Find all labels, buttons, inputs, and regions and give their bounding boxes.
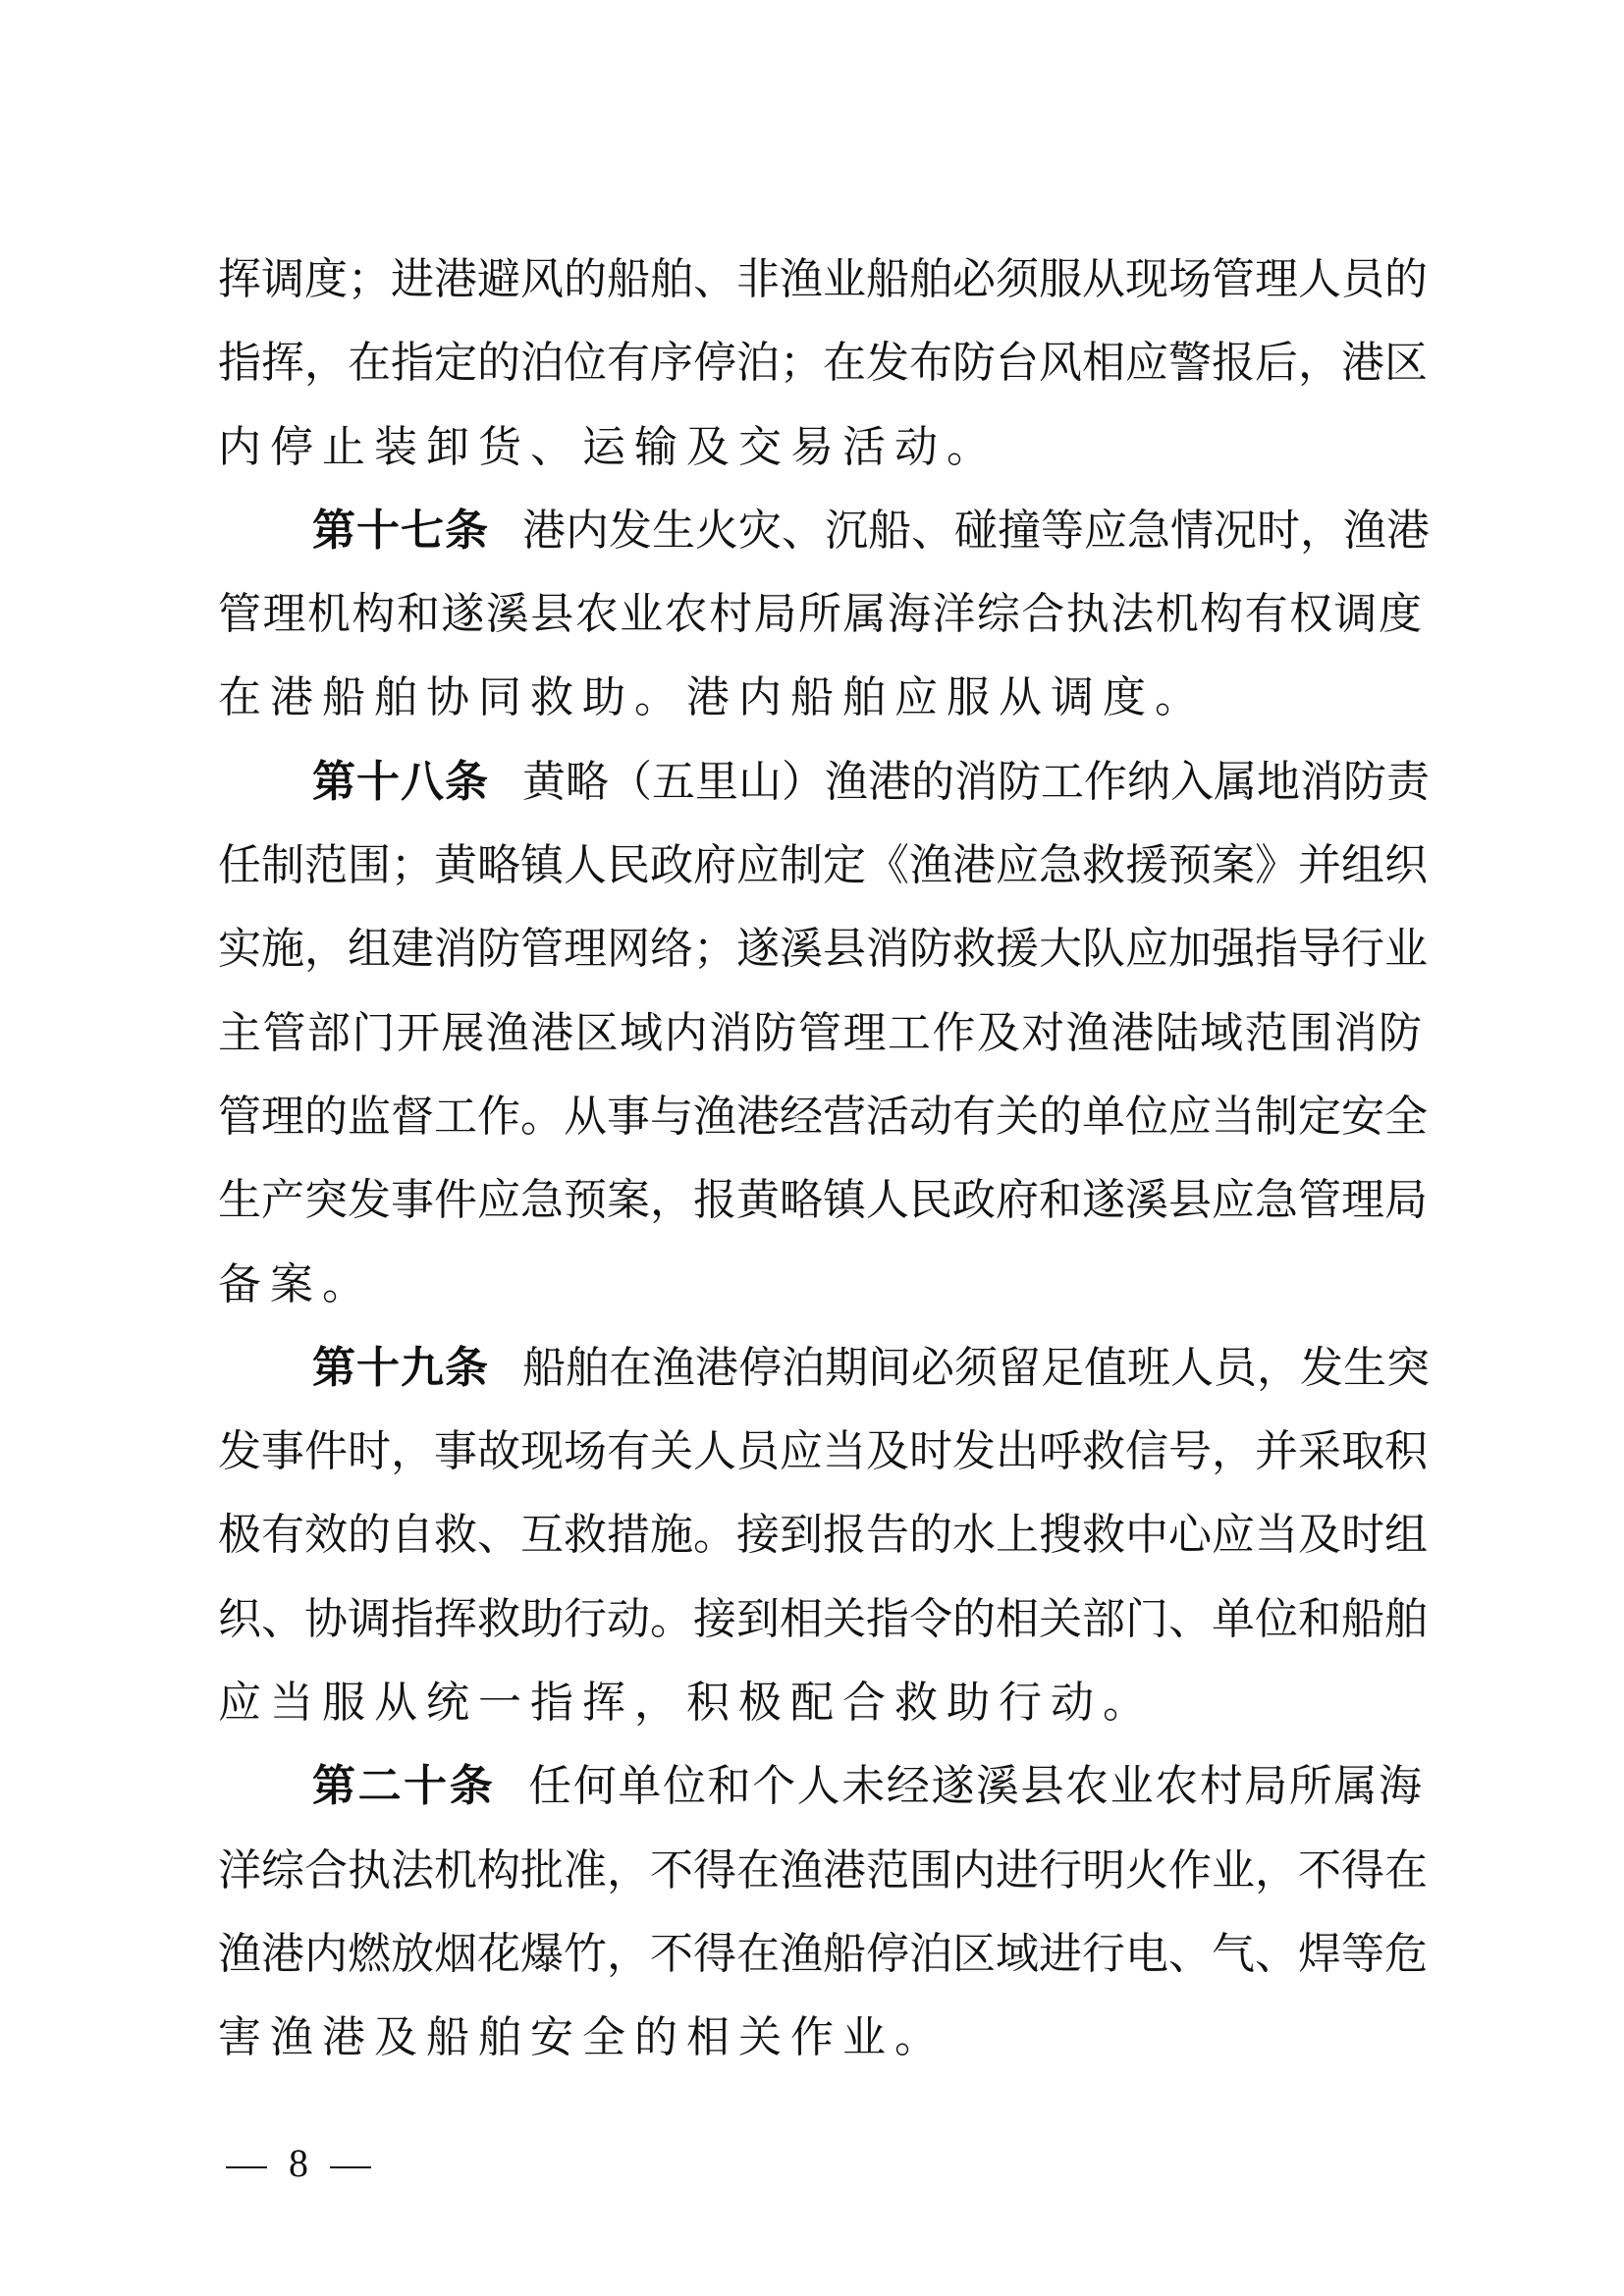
text-line: 害渔港及船舶安全的相关作业。 — [218, 2003, 1422, 2087]
dash-right — [330, 2166, 371, 2168]
text-line: 洋综合执法机构批准，不得在渔港范围内进行明火作业，不得在 — [218, 1837, 1422, 1920]
text-line: 应当服从统一指挥，积极配合救助行动。 — [218, 1669, 1422, 1752]
article-text: 港内发生火灾、沉船、碰撞等应急情况时，渔港 — [522, 506, 1430, 556]
article-19-first-line: 第十九条船舶在渔港停泊期间必须留足值班人员，发生突 — [218, 1334, 1422, 1417]
text-line: 内停止装卸货、运输及交易活动。 — [218, 413, 1422, 497]
document-body: 挥调度；进港避风的船舶、非渔业船舶必须服从现场管理人员的 指挥，在指定的泊位有序… — [218, 245, 1422, 2088]
text-line: 任制范围；黄略镇人民政府应制定《渔港应急救援预案》并组织 — [218, 831, 1422, 915]
article-number: 第十七条 — [312, 506, 489, 556]
document-page: 挥调度；进港避风的船舶、非渔业船舶必须服从现场管理人员的 指挥，在指定的泊位有序… — [0, 0, 1624, 2296]
article-text: 任何单位和个人未经遂溪县农业农村局所属海 — [528, 1761, 1422, 1811]
page-number: 8 — [289, 2140, 308, 2186]
article-17-first-line: 第十七条港内发生火灾、沉船、碰撞等应急情况时，渔港 — [218, 497, 1422, 580]
page-number-footer: 8 — [216, 2140, 381, 2186]
article-text: 黄略（五里山）渔港的消防工作纳入属地消防责 — [522, 757, 1430, 807]
text-line: 实施，组建消防管理网络；遂溪县消防救援大队应加强指导行业 — [218, 915, 1422, 998]
dash-left — [226, 2166, 267, 2168]
text-line: 挥调度；进港避风的船舶、非渔业船舶必须服从现场管理人员的 — [218, 245, 1422, 329]
text-line: 指挥，在指定的泊位有序停泊；在发布防台风相应警报后，港区 — [218, 329, 1422, 412]
article-number: 第二十条 — [312, 1761, 495, 1811]
text-line: 备案。 — [218, 1251, 1422, 1334]
text-line: 织、协调指挥救助行动。接到相关指令的相关部门、单位和船舶 — [218, 1585, 1422, 1669]
text-line: 管理机构和遂溪县农业农村局所属海洋综合执法机构有权调度 — [218, 580, 1422, 664]
text-line: 渔港内燃放烟花爆竹，不得在渔船停泊区域进行电、气、焊等危 — [218, 1920, 1422, 2003]
article-text: 船舶在渔港停泊期间必须留足值班人员，发生突 — [522, 1343, 1430, 1393]
text-line: 极有效的自救、互救措施。接到报告的水上搜救中心应当及时组 — [218, 1501, 1422, 1584]
text-line: 管理的监督工作。从事与渔港经营活动有关的单位应当制定安全 — [218, 1083, 1422, 1166]
article-number: 第十八条 — [312, 757, 489, 807]
text-line: 主管部门开展渔港区域内消防管理工作及对渔港陆域范围消防 — [218, 999, 1422, 1083]
text-line: 生产突发事件应急预案，报黄略镇人民政府和遂溪县应急管理局 — [218, 1166, 1422, 1250]
article-20-first-line: 第二十条任何单位和个人未经遂溪县农业农村局所属海 — [218, 1752, 1422, 1836]
text-line: 发事件时，事故现场有关人员应当及时发出呼救信号，并采取积 — [218, 1417, 1422, 1501]
article-number: 第十九条 — [312, 1343, 489, 1393]
text-line: 在港船舶协同救助。港内船舶应服从调度。 — [218, 664, 1422, 747]
article-18-first-line: 第十八条黄略（五里山）渔港的消防工作纳入属地消防责 — [218, 748, 1422, 831]
